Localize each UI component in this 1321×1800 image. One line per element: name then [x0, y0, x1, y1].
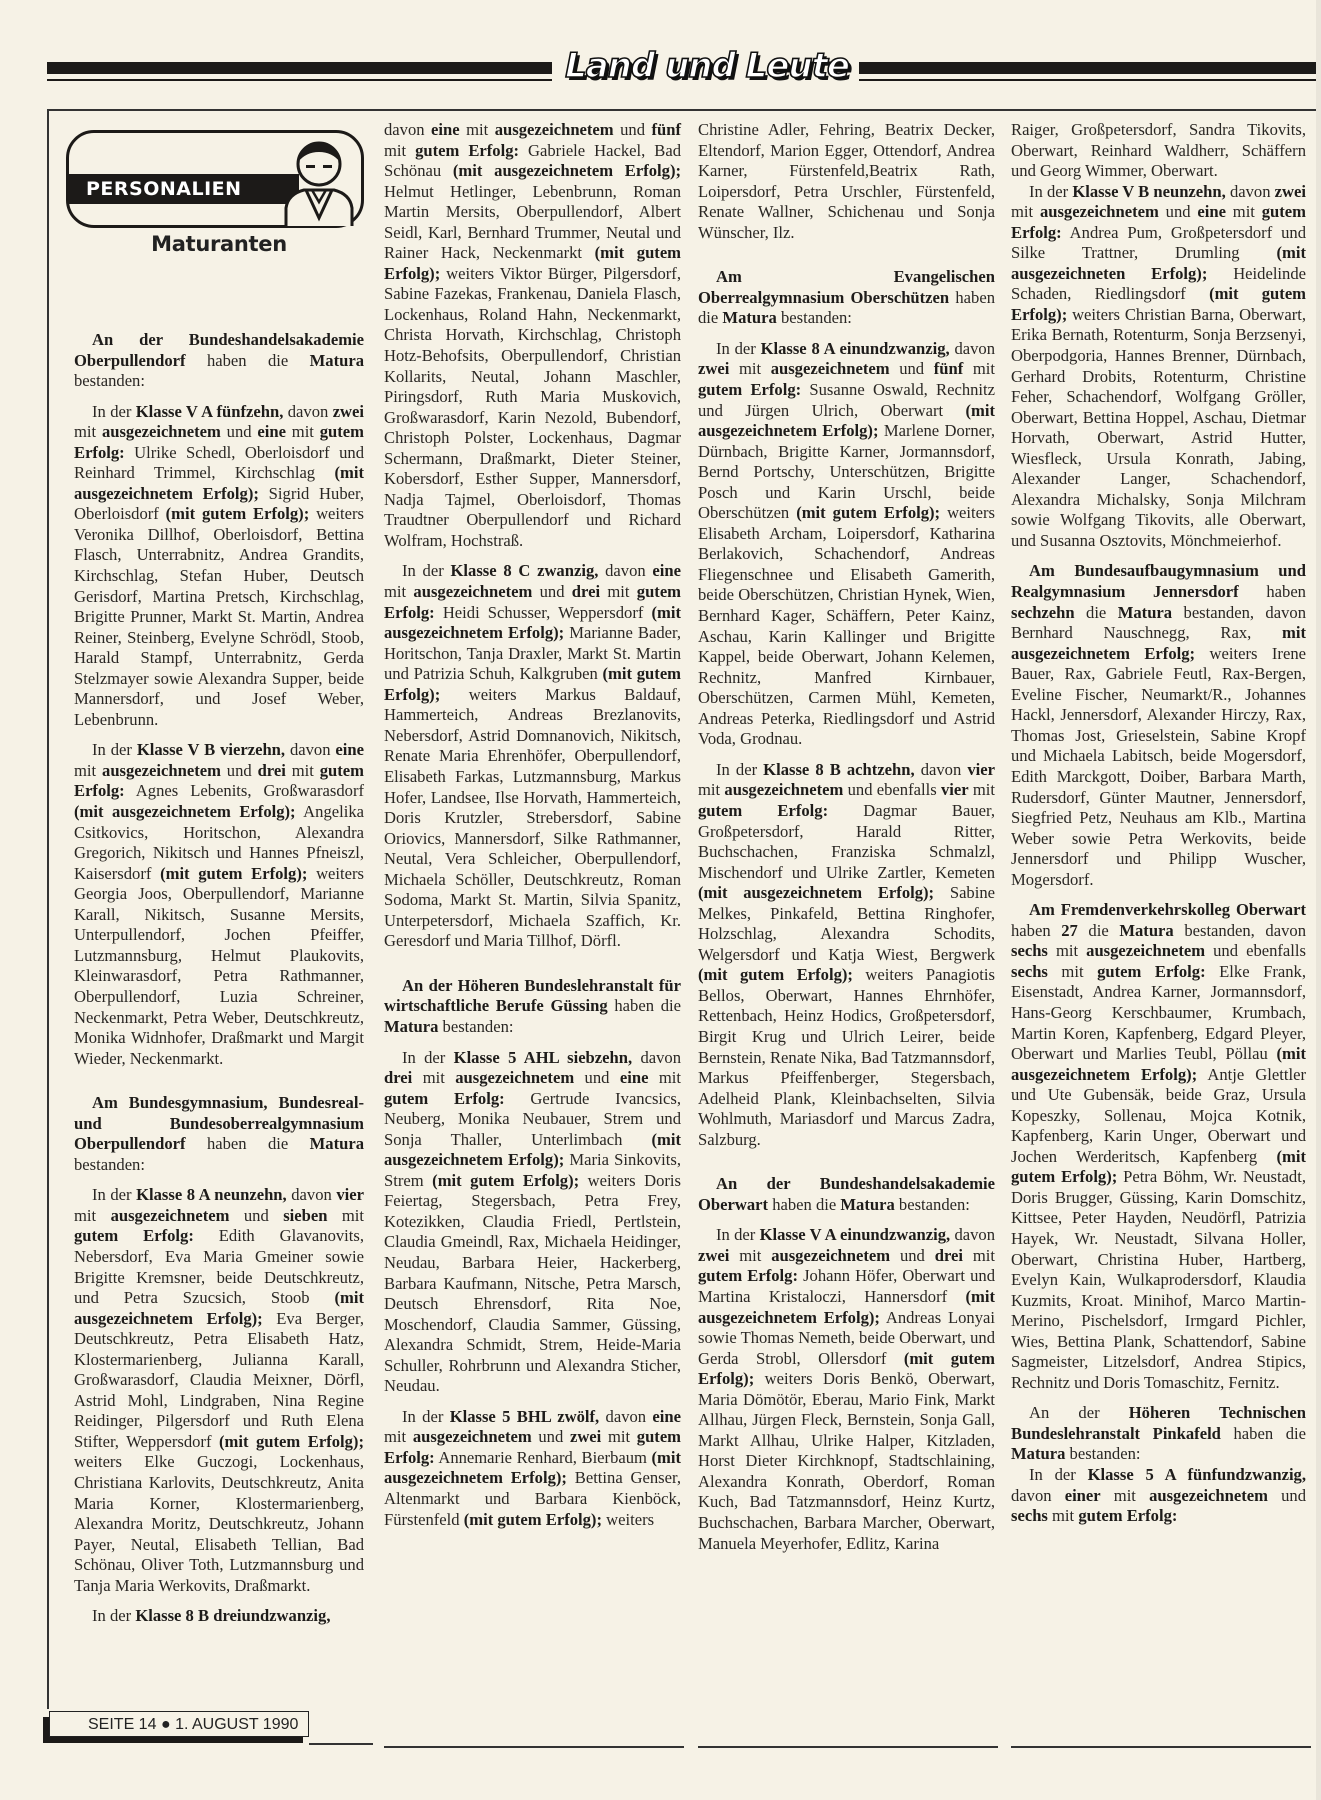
emphasis-text: (mit gutem Erfolg); — [166, 504, 310, 523]
emphasis-text: Matura — [310, 351, 364, 370]
body-text: In der — [716, 760, 763, 779]
masthead-bar-left — [47, 62, 552, 74]
body-text: mit — [74, 1206, 111, 1225]
emphasis-text: Klasse 5 A fünfundzwanzig, — [1088, 1465, 1306, 1484]
article-paragraph: In der Klasse 5 A fünfundzwanzig, davon … — [1011, 1465, 1306, 1527]
emphasis-text: zwei — [570, 1427, 601, 1446]
emphasis-text: sechs — [1011, 962, 1048, 981]
emphasis-text: ausgezeichnetem — [771, 1246, 890, 1265]
article-paragraph: An der Bundeshandelsakademie Oberwart ha… — [698, 1174, 995, 1215]
body-text: mit — [600, 582, 637, 601]
emphasis-text: (mit gutem Erfolg); — [432, 1171, 579, 1190]
article-paragraph: In der Klasse 8 B dreiundzwanzig, — [74, 1606, 364, 1627]
column-bottom-rule — [384, 1746, 684, 1748]
body-text: mit — [384, 1427, 413, 1446]
emphasis-text: Klasse 5 AHL siebzehn, — [454, 1048, 632, 1067]
text-column-4: Raiger, Großpetersdorf, Sandra Tikovits,… — [1011, 120, 1306, 1527]
emphasis-text: ausgezeichnetem — [495, 120, 614, 139]
body-text: bestanden: — [74, 1155, 145, 1174]
emphasis-text: eine — [257, 422, 286, 441]
emphasis-text: sechs — [1011, 941, 1048, 960]
body-text: In der — [716, 339, 761, 358]
body-text: Heidi Schusser, Weppersdorf — [435, 603, 652, 622]
body-text: mit — [963, 359, 995, 378]
masthead-rule-right — [859, 79, 1321, 81]
body-text: mit — [74, 761, 102, 780]
emphasis-text: (mit gutem Erfolg); — [160, 864, 307, 883]
masthead-rule-left — [47, 79, 552, 81]
emphasis-text: (mit gutem Erfolg); — [219, 1432, 364, 1451]
article-paragraph: In der Klasse V B vierzehn, davon eine m… — [74, 740, 364, 1069]
body-text: weiters Elisabeth Archam, Loipersdorf, K… — [698, 503, 995, 748]
emphasis-text: fünf — [652, 120, 682, 139]
emphasis-text: zwei — [698, 1246, 729, 1265]
body-text: mit — [729, 359, 770, 378]
body-text: mit — [74, 422, 102, 441]
emphasis-text: vier — [967, 760, 995, 779]
emphasis-text: (mit ausgezeichnetem Erfolg); — [453, 161, 681, 180]
body-text: davon — [285, 740, 335, 759]
emphasis-text: eine — [431, 120, 460, 139]
emphasis-text: zwei — [1275, 182, 1306, 201]
body-text: In der — [92, 1606, 135, 1625]
body-text: die — [1075, 603, 1118, 622]
body-text: davon — [950, 339, 995, 358]
body-text: In der — [716, 1225, 760, 1244]
body-text: mit — [384, 141, 415, 160]
body-text: und — [1159, 202, 1198, 221]
body-text: mit — [1011, 202, 1040, 221]
emphasis-text: gutem Erfolg: — [384, 1089, 505, 1108]
body-text: mit — [963, 1246, 995, 1265]
article-paragraph: Christine Adler, Fehring, Beatrix Decker… — [698, 120, 995, 243]
emphasis-text: zwei — [333, 402, 364, 421]
body-text: mit — [384, 582, 413, 601]
page-number: SEITE 14 — [88, 1716, 156, 1733]
body-text: davon — [1226, 182, 1275, 201]
article-paragraph: Am Fremdenverkehrskolleg Oberwart haben … — [1011, 900, 1306, 1393]
body-text: weiters Doris Benkö, Oberwart, Maria Döm… — [698, 1369, 995, 1552]
emphasis-text: zwei — [698, 359, 729, 378]
body-text: weiters Viktor Bürger, Pilgersdorf, Sabi… — [384, 264, 681, 550]
text-column-3: Christine Adler, Fehring, Beatrix Decker… — [698, 120, 995, 1554]
body-text: mit — [460, 120, 495, 139]
emphasis-text: drei — [258, 761, 286, 780]
emphasis-text: gutem Erfolg: — [74, 1226, 194, 1245]
emphasis-text: Klasse 8 A einundzwanzig, — [761, 339, 950, 358]
body-text: und — [221, 761, 258, 780]
body-text: mit — [286, 422, 320, 441]
emphasis-text: drei — [935, 1246, 963, 1265]
emphasis-text: gutem Erfolg: — [1078, 1506, 1177, 1525]
body-text: An der — [1029, 1403, 1129, 1422]
emphasis-text: Klasse 8 B achtzehn, — [763, 760, 914, 779]
emphasis-text: gutem Erfolg: — [698, 380, 801, 399]
body-text: mit — [412, 1068, 455, 1087]
body-text: und — [890, 359, 934, 378]
body-text: Eva Berger, Deutschkreutz, Petra Elisabe… — [74, 1309, 364, 1451]
emphasis-text: (mit gutem Erfolg); — [464, 1510, 602, 1529]
article-paragraph: davon eine mit ausgezeichnetem und fünf … — [384, 120, 681, 551]
body-text: weiters Doris Feiertag, Stegersbach, Pet… — [384, 1171, 681, 1395]
body-text: haben — [1239, 582, 1306, 601]
body-text: Annemarie Renhard, Bierbaum — [435, 1448, 652, 1467]
body-text: und — [532, 1427, 570, 1446]
text-column-1: An der Bundeshandelsakademie Oberpullend… — [74, 330, 364, 1627]
person-icon — [282, 138, 356, 226]
body-text: und ebenfalls — [843, 780, 941, 799]
emphasis-text: Klasse V A fünfzehn, — [136, 402, 284, 421]
personalien-badge: PERSONALIEN — [66, 130, 362, 230]
emphasis-text: ausgezeichnetem — [111, 1206, 230, 1225]
section-title: Land und Leute — [559, 46, 855, 86]
body-text: davon — [632, 1048, 681, 1067]
frame-left-rule — [47, 109, 49, 1709]
emphasis-text: eine — [652, 1407, 681, 1426]
masthead-bar-right — [859, 62, 1321, 74]
emphasis-text: (mit ausgezeichnetem Erfolg); — [698, 883, 934, 902]
body-text: mit — [1048, 941, 1086, 960]
emphasis-text: drei — [572, 582, 600, 601]
body-text: davon — [384, 120, 431, 139]
emphasis-text: Matura — [384, 1017, 438, 1036]
emphasis-text: Klasse V A einundzwanzig, — [760, 1225, 951, 1244]
body-text: mit — [286, 761, 320, 780]
body-text: mit — [1226, 202, 1262, 221]
emphasis-text: Klasse V B vierzehn, — [137, 740, 285, 759]
body-text: weiters Christian Barna, Oberwart, Erika… — [1011, 305, 1306, 550]
article-paragraph: In der Klasse V A einundzwanzig, davon z… — [698, 1225, 995, 1554]
emphasis-text: Am Fremdenverkehrskolleg Oberwart — [1029, 900, 1306, 919]
body-text: In der — [402, 561, 451, 580]
emphasis-text: ausgezeichnetem — [102, 761, 221, 780]
issue-date: 1. AUGUST 1990 — [175, 1716, 298, 1733]
emphasis-text: (mit ausgezeichnetem Erfolg); — [74, 802, 296, 821]
body-text: und — [574, 1068, 620, 1087]
emphasis-text: ausgezeichnetem — [724, 780, 843, 799]
emphasis-text: eine — [620, 1068, 649, 1087]
emphasis-text: 27 — [1061, 921, 1078, 940]
emphasis-text: Klasse 8 A neunzehn, — [136, 1185, 287, 1204]
emphasis-text: sechzehn — [1011, 603, 1075, 622]
emphasis-text: Matura — [1118, 603, 1172, 622]
article-paragraph: In der Klasse V A fünfzehn, davon zwei m… — [74, 402, 364, 731]
body-text: davon — [915, 760, 968, 779]
body-text: weiters Veronika Dillhof, Oberloisdorf, … — [74, 504, 364, 728]
article-paragraph: In der Klasse 8 B achtzehn, davon vier m… — [698, 760, 995, 1150]
body-text: mit — [601, 1427, 636, 1446]
body-text: haben die — [608, 996, 681, 1015]
body-text: In der — [402, 1048, 454, 1067]
body-text: bestanden: — [74, 371, 145, 390]
body-text: mit — [648, 1068, 681, 1087]
emphasis-text: ausgezeichnetem — [413, 1427, 532, 1446]
body-text: weiters — [602, 1510, 654, 1529]
body-text: Agnes Lebenits, Großwarasdorf — [125, 781, 364, 800]
emphasis-text: vier — [336, 1185, 364, 1204]
emphasis-text: Klasse 8 B dreiundzwanzig, — [135, 1606, 330, 1625]
emphasis-text: ausgezeichnetem — [102, 422, 221, 441]
emphasis-text: eine — [1197, 202, 1226, 221]
body-text: mit — [1048, 962, 1097, 981]
body-text: Petra Böhm, Wr. Neustadt, Doris Brugger,… — [1011, 1167, 1306, 1391]
article-paragraph: Am Evangelischen Oberrealgymnasium Obers… — [698, 267, 995, 329]
article-paragraph: In der Klasse 8 A neunzehn, davon vier m… — [74, 1185, 364, 1596]
emphasis-text: (mit gutem Erfolg); — [796, 503, 940, 522]
emphasis-text: ausgezeichnetem — [1086, 941, 1205, 960]
emphasis-text: Matura — [310, 1134, 364, 1153]
body-text: weiters Panagiotis Bellos, Oberwart, Han… — [698, 965, 995, 1148]
body-text: In der — [92, 1185, 136, 1204]
article-paragraph: In der Klasse 5 BHL zwölf, davon eine mi… — [384, 1407, 681, 1530]
body-text: und — [229, 1206, 283, 1225]
body-text: haben die — [1221, 1424, 1306, 1443]
article-paragraph: In der Klasse 5 AHL siebzehn, davon drei… — [384, 1048, 681, 1397]
column-bottom-rule — [698, 1746, 998, 1748]
body-text: haben die — [186, 351, 310, 370]
body-text: haben — [1011, 921, 1061, 940]
emphasis-text: gutem Erfolg: — [415, 141, 519, 160]
body-text: mit — [1101, 1486, 1149, 1505]
body-text: davon — [283, 402, 332, 421]
article-paragraph: An der Bundeshandelsakademie Oberpullend… — [74, 330, 364, 392]
emphasis-text: Matura — [1011, 1444, 1065, 1463]
article-paragraph: In der Klasse 8 C zwanzig, davon eine mi… — [384, 561, 681, 951]
body-text: davon — [598, 561, 652, 580]
emphasis-text: Klasse 5 BHL zwölf, — [450, 1407, 599, 1426]
emphasis-text: ausgezeichnetem — [1149, 1486, 1268, 1505]
emphasis-text: sieben — [283, 1206, 327, 1225]
article-paragraph: In der Klasse 8 A einundzwanzig, davon z… — [698, 339, 995, 750]
body-text: davon — [287, 1185, 337, 1204]
footer-rule — [309, 1743, 373, 1745]
page-footer: SEITE 14 ● 1. AUGUST 1990 — [49, 1711, 309, 1737]
emphasis-text: eine — [652, 561, 681, 580]
body-text: mit — [698, 780, 724, 799]
emphasis-text: gutem Erfolg: — [698, 801, 828, 820]
badge-label: PERSONALIEN — [86, 174, 242, 204]
emphasis-text: Matura — [840, 1195, 894, 1214]
body-text: bestanden: — [777, 308, 852, 327]
column-bottom-rule — [1011, 1746, 1311, 1748]
article-heading: Maturanten — [74, 232, 364, 256]
emphasis-text: einer — [1065, 1486, 1101, 1505]
emphasis-text: ausgezeichnetem — [413, 582, 532, 601]
body-text: In der — [1029, 1465, 1088, 1484]
emphasis-text: eine — [335, 740, 364, 759]
body-text: mit — [969, 780, 995, 799]
body-text: bestanden: — [438, 1017, 513, 1036]
section-masthead: Land und Leute — [47, 46, 1321, 86]
article-paragraph: In der Klasse V B neunzehn, davon zwei m… — [1011, 182, 1306, 552]
body-text: In der — [402, 1407, 450, 1426]
emphasis-text: Matura — [1119, 921, 1173, 940]
body-text: und — [532, 582, 571, 601]
emphasis-text: Klasse V B neunzehn, — [1072, 182, 1225, 201]
body-text: In der — [92, 740, 137, 759]
body-text: weiters Irene Bauer, Rax, Gabriele Feutl… — [1011, 644, 1306, 889]
frame-top-rule — [47, 109, 1321, 111]
emphasis-text: drei — [384, 1068, 412, 1087]
article-paragraph: An der Höheren Technischen Bundeslehrans… — [1011, 1403, 1306, 1465]
emphasis-text: sechs — [1011, 1506, 1048, 1525]
body-text: und — [1268, 1486, 1306, 1505]
emphasis-text: ausgezeichnetem — [455, 1068, 574, 1087]
article-paragraph: Am Bundesaufbaugymnasium und Realgymnasi… — [1011, 561, 1306, 890]
emphasis-text: Matura — [722, 308, 776, 327]
body-text: bestanden: — [1065, 1444, 1140, 1463]
text-column-2: davon eine mit ausgezeichnetem und fünf … — [384, 120, 681, 1530]
emphasis-text: Klasse 8 C zwanzig, — [451, 561, 599, 580]
body-text: bestanden, davon — [1174, 921, 1306, 940]
body-text: haben die — [768, 1195, 840, 1214]
body-text: mit — [327, 1206, 364, 1225]
body-text: und — [221, 422, 258, 441]
emphasis-text: gutem Erfolg: — [1097, 962, 1205, 981]
body-text: die — [1078, 921, 1120, 940]
article-paragraph: Am Bundesgymnasium, Bundesreal- und Bund… — [74, 1093, 364, 1175]
body-text: davon — [950, 1225, 995, 1244]
emphasis-text: gutem Erfolg: — [698, 1266, 798, 1285]
emphasis-text: vier — [941, 780, 969, 799]
article-paragraph: Raiger, Großpetersdorf, Sandra Tikovits,… — [1011, 120, 1306, 182]
body-text: weiters Markus Baldauf, Hammerteich, And… — [384, 685, 681, 951]
body-text: bestanden: — [895, 1195, 970, 1214]
emphasis-text: fünf — [934, 359, 964, 378]
body-text: mit — [729, 1246, 771, 1265]
body-text: und — [890, 1246, 935, 1265]
body-text: haben die — [186, 1134, 310, 1153]
body-text: weiters Georgia Joos, Oberpullendorf, Ma… — [74, 864, 364, 1068]
body-text: weiters Elke Guczogi, Lockenhaus, Christ… — [74, 1452, 364, 1594]
body-text: davon — [1011, 1486, 1065, 1505]
emphasis-text: ausgezeichnetem — [771, 359, 890, 378]
emphasis-text: (mit gutem Erfolg); — [698, 965, 853, 984]
body-text: In der — [1029, 182, 1072, 201]
body-text: davon — [599, 1407, 652, 1426]
body-text: und — [614, 120, 652, 139]
body-text: mit — [1048, 1506, 1078, 1525]
emphasis-text: ausgezeichnetem — [1040, 202, 1159, 221]
body-text: Christine Adler, Fehring, Beatrix Decker… — [698, 120, 995, 242]
page-edge — [1316, 0, 1321, 1800]
body-text: In der — [92, 402, 136, 421]
bullet-separator: ● — [161, 1716, 171, 1733]
article-paragraph: An der Höheren Bundeslehranstalt für wir… — [384, 976, 681, 1038]
body-text: und ebenfalls — [1205, 941, 1306, 960]
body-text: Raiger, Großpetersdorf, Sandra Tikovits,… — [1011, 120, 1306, 180]
